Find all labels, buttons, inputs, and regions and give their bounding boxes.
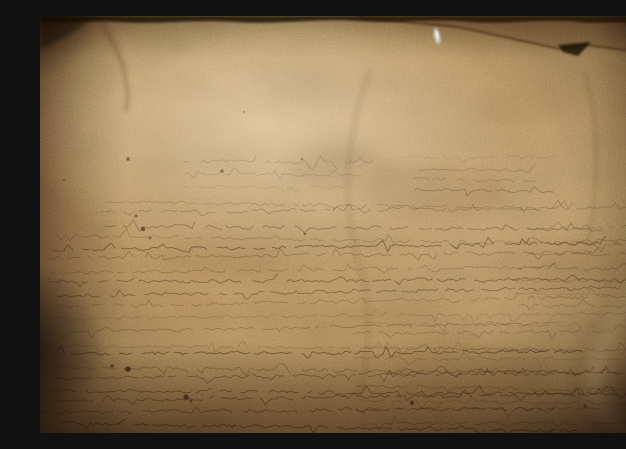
handwriting-row — [355, 402, 605, 417]
paper-surface — [40, 16, 626, 433]
handwriting-row — [352, 324, 626, 341]
folded-corner-top-right — [358, 16, 626, 56]
parchment-photo — [40, 16, 626, 433]
ink-speck — [134, 214, 137, 217]
handwriting-row — [51, 361, 626, 380]
stain-blotch — [285, 146, 395, 186]
handwriting-row — [55, 290, 626, 310]
handwriting-row — [526, 220, 626, 230]
stain-blotch — [390, 350, 550, 402]
handwriting-row — [361, 393, 626, 411]
ink-speck — [63, 179, 66, 182]
handwriting-row — [101, 199, 626, 216]
stain-blotch — [475, 88, 565, 124]
ink-speck — [220, 169, 223, 172]
handwriting-row — [406, 154, 567, 163]
ink-speck — [125, 366, 131, 372]
handwriting-row — [527, 251, 626, 259]
handwriting-row — [184, 155, 373, 171]
ink-speck — [243, 111, 245, 113]
handwriting-row — [45, 306, 626, 326]
handwriting-row — [49, 245, 601, 264]
ink-specks-layer — [63, 111, 626, 408]
ink-speck — [410, 401, 414, 405]
handwriting-row — [418, 163, 542, 172]
handwriting-row — [512, 279, 626, 285]
handwriting-row — [42, 405, 554, 415]
handwriting-row — [185, 168, 361, 182]
handwriting-row — [514, 288, 626, 296]
curled-fold-bottom-right — [578, 266, 626, 433]
stain-blotch — [365, 165, 505, 217]
handwriting-row — [56, 228, 626, 253]
ink-speck — [304, 233, 307, 236]
handwriting-row — [106, 194, 583, 214]
ink-speck — [126, 157, 130, 161]
ink-speck — [183, 394, 188, 399]
handwriting-row — [356, 384, 626, 396]
handwriting-row — [49, 272, 626, 287]
handwriting-row — [51, 319, 550, 340]
ink-speck — [110, 364, 114, 368]
handwriting-row — [51, 262, 556, 278]
paper-grain-texture — [40, 16, 626, 433]
torn-top-edge — [40, 16, 626, 50]
handwriting-row — [364, 341, 626, 355]
markings-layer — [40, 16, 626, 433]
stain-blotch — [90, 291, 230, 341]
handwriting-row — [359, 367, 606, 378]
ink-speck — [190, 400, 193, 403]
ink-speck — [583, 404, 587, 408]
handwriting-row — [518, 262, 626, 271]
crease-lines — [102, 22, 596, 396]
ink-speck — [141, 227, 145, 231]
handwriting-row — [44, 383, 619, 398]
handwriting-row — [184, 185, 344, 193]
stain-blotch — [490, 238, 626, 294]
handwriting-row — [55, 344, 582, 359]
handwriting-layer — [42, 154, 626, 433]
handwriting-row — [414, 177, 543, 183]
handwriting-row — [415, 185, 554, 197]
handwriting-row — [60, 418, 579, 433]
handwriting-row — [52, 386, 626, 408]
vignette-shadow — [40, 16, 626, 433]
stain-blotches — [90, 88, 626, 402]
handwriting-row — [522, 237, 626, 247]
handwriting-row — [105, 220, 613, 236]
handwriting-row — [53, 236, 619, 256]
stain-mottle-texture — [40, 16, 626, 433]
handwriting-row — [57, 283, 618, 302]
stain-blotch — [300, 306, 480, 366]
stain-blotch — [160, 234, 280, 278]
ink-speck — [301, 158, 303, 160]
handwriting-row — [42, 339, 626, 356]
ink-speck — [149, 237, 152, 240]
handwriting-row — [520, 299, 626, 311]
handwriting-row — [354, 353, 626, 367]
lighting-gradient — [40, 16, 626, 433]
handwriting-row — [363, 318, 626, 334]
handwriting-row — [55, 366, 623, 385]
tear-gloss-highlight — [432, 28, 442, 45]
